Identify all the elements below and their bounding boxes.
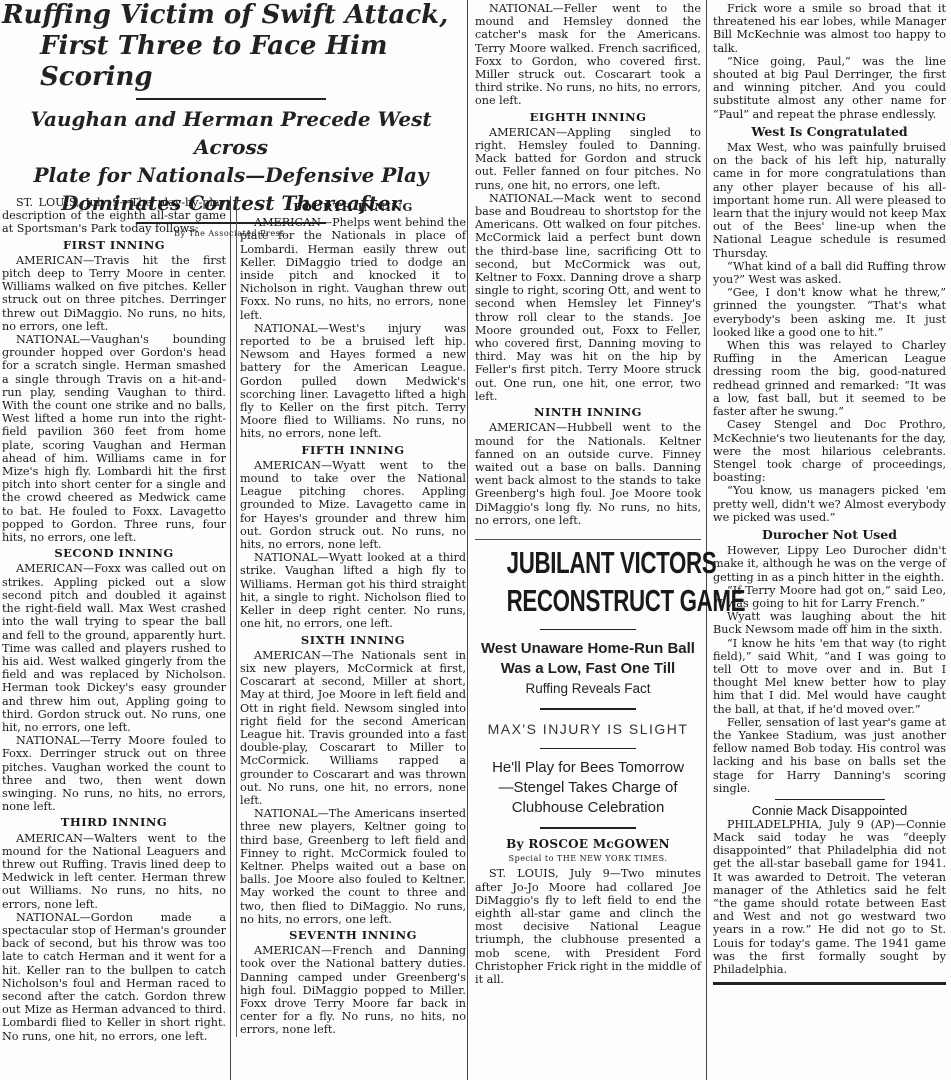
sidebar-deck-1a: West Unaware Home-Run Ball: [475, 639, 701, 659]
headline-line-1: Ruffing Victim of Swift Attack,: [0, 0, 462, 31]
sidebar-byline: By ROSCOE McGOWEN: [475, 838, 701, 851]
paragraph: Max West, who was painfully bruised on t…: [713, 141, 946, 260]
sidebar-lede: ST. LOUIS, July 9—Two minutes after Jo-J…: [475, 867, 701, 986]
subhead-west-congratulated: West Is Congratulated: [713, 125, 946, 138]
paragraph: However, Lippy Leo Durocher didn't make …: [713, 544, 946, 584]
deck-line-2: Plate for Nationals—Defensive Play: [0, 161, 462, 189]
paragraph: “Nice going, Paul,” was the line shouted…: [713, 55, 946, 121]
play-by-play-paragraph: AMERICAN—Travis hit the first pitch deep…: [2, 254, 226, 333]
paragraph: “What kind of a ball did Ruffing throw y…: [713, 260, 946, 286]
paragraph: PHILADELPHIA, July 9 (AP)—Connie Mack sa…: [713, 818, 946, 976]
play-by-play-paragraph: NATIONAL—The Americans inserted three ne…: [240, 807, 466, 926]
inning-heading: EIGHTH INNING: [475, 111, 701, 124]
column-2: FOURTH INNINGAMERICAN—Phelps went behind…: [236, 198, 466, 1037]
subhead-durocher-not-used: Durocher Not Used: [713, 528, 946, 541]
sidebar-deck-3c: Clubhouse Celebration: [475, 798, 701, 818]
paragraphs-c: However, Lippy Leo Durocher didn't make …: [713, 544, 946, 795]
sidebar-rule-1: [540, 629, 636, 631]
play-by-play-paragraph: AMERICAN—The Nationals sent in six new p…: [240, 649, 466, 807]
end-rule: [713, 982, 946, 985]
newspaper-page: Ruffing Victim of Swift Attack, First Th…: [0, 0, 951, 1080]
inning-heading: SEVENTH INNING: [240, 929, 466, 942]
inning-heading: FIFTH INNING: [240, 444, 466, 457]
paragraphs-a: Frick wore a smile so broad that it thre…: [713, 2, 946, 121]
inning-sections: NATIONAL—Feller went to the mound and He…: [475, 2, 701, 527]
play-by-play-paragraph: AMERICAN—Foxx was called out on strikes.…: [2, 562, 226, 734]
play-by-play-paragraph: AMERICAN—Walters went to the mound for t…: [2, 832, 226, 911]
play-by-play-paragraph: AMERICAN—Wyatt went to the mound to take…: [240, 459, 466, 551]
play-by-play-paragraph: NATIONAL—Gordon made a spectacular stop …: [2, 911, 226, 1043]
play-by-play-paragraph: AMERICAN—Appling singled to right. Hemsl…: [475, 126, 701, 192]
deck-line-1: Vaughan and Herman Precede West Across: [0, 105, 462, 161]
dateline-intro: ST. LOUIS, July 9—The play-by-play descr…: [2, 196, 226, 236]
column-rule: [706, 0, 707, 1080]
play-by-play-paragraph: AMERICAN—Hubbell went to the mound for t…: [475, 421, 701, 527]
section-rule: [775, 799, 885, 801]
paragraph: Feller, sensation of last year's game at…: [713, 716, 946, 795]
inning-heading: NINTH INNING: [475, 406, 701, 419]
inning-sections: FOURTH INNINGAMERICAN—Phelps went behind…: [240, 201, 466, 1037]
paragraph: When this was relayed to Charley Ruffing…: [713, 339, 946, 418]
play-by-play-paragraph: AMERICAN—Phelps went behind the plate fo…: [240, 216, 466, 322]
headline-rule: [136, 98, 326, 100]
column-rule: [467, 0, 468, 1080]
sidebar-deck-3a: He'll Play for Bees Tomorrow: [475, 758, 701, 778]
play-by-play-paragraph: NATIONAL—Terry Moore fouled to Foxx. Der…: [2, 734, 226, 813]
paragraph: “You know, us managers picked 'em pretty…: [713, 484, 946, 524]
play-by-play-paragraph: AMERICAN—French and Danning took over th…: [240, 944, 466, 1036]
paragraph: Casey Stengel and Doc Prothro, McKechnie…: [713, 418, 946, 484]
sidebar-rule-2: [540, 708, 636, 710]
sidebar-deck-1b: Was a Low, Fast One Till: [475, 659, 701, 679]
sidebar-rule-3: [540, 748, 636, 750]
inning-heading: THIRD INNING: [2, 816, 226, 829]
sidebar-deck-2: MAX'S INJURY IS SLIGHT: [475, 719, 701, 739]
paragraph: Frick wore a smile so broad that it thre…: [713, 2, 946, 55]
sidebar-deck-1c: Ruffing Reveals Fact: [475, 679, 701, 699]
paragraph: “I know he hits 'em that way (to right f…: [713, 637, 946, 716]
paragraphs-d: PHILADELPHIA, July 9 (AP)—Connie Mack sa…: [713, 818, 946, 976]
sidebar-rule-4: [540, 827, 636, 829]
inning-heading: SECOND INNING: [2, 547, 226, 560]
play-by-play-paragraph: NATIONAL—West's injury was reported to b…: [240, 322, 466, 441]
inning-heading: SIXTH INNING: [240, 634, 466, 647]
column-4: Frick wore a smile so broad that it thre…: [713, 2, 946, 985]
sidebar-special-credit: Special to THE NEW YORK TIMES.: [475, 852, 701, 865]
subhead-connie-mack: Connie Mack Disappointed: [713, 804, 946, 817]
sidebar-deck-3b: —Stengel Takes Charge of: [475, 778, 701, 798]
sidebar-headline-1: JUBILANT VICTORS: [507, 544, 670, 582]
sidebar-headline-2: RECONSTRUCT GAME: [507, 582, 670, 620]
paragraphs-b: Max West, who was painfully bruised on t…: [713, 141, 946, 524]
paragraph: “If Terry Moore had got on,” said Leo, “…: [713, 584, 946, 610]
play-by-play-paragraph: NATIONAL—Feller went to the mound and He…: [475, 2, 701, 108]
inning-heading: FIRST INNING: [2, 239, 226, 252]
column-1: ST. LOUIS, July 9—The play-by-play descr…: [2, 196, 226, 1043]
column-3: NATIONAL—Feller went to the mound and He…: [475, 2, 701, 986]
paragraph: “Gee, I don't know what he threw,” grinn…: [713, 286, 946, 339]
column-rule: [230, 196, 231, 1080]
inning-sections: FIRST INNINGAMERICAN—Travis hit the firs…: [2, 239, 226, 1043]
play-by-play-paragraph: NATIONAL—Mack went to second base and Bo…: [475, 192, 701, 403]
headline-line-2: First Three to Face Him Scoring: [0, 31, 462, 93]
paragraph: Wyatt was laughing about the hit Buck Ne…: [713, 610, 946, 636]
sidebar-story: JUBILANT VICTORS RECONSTRUCT GAME West U…: [475, 539, 701, 986]
play-by-play-paragraph: NATIONAL—Vaughan's bounding grounder hop…: [2, 333, 226, 544]
play-by-play-paragraph: NATIONAL—Wyatt looked at a third strike.…: [240, 551, 466, 630]
inning-heading: FOURTH INNING: [240, 201, 466, 214]
